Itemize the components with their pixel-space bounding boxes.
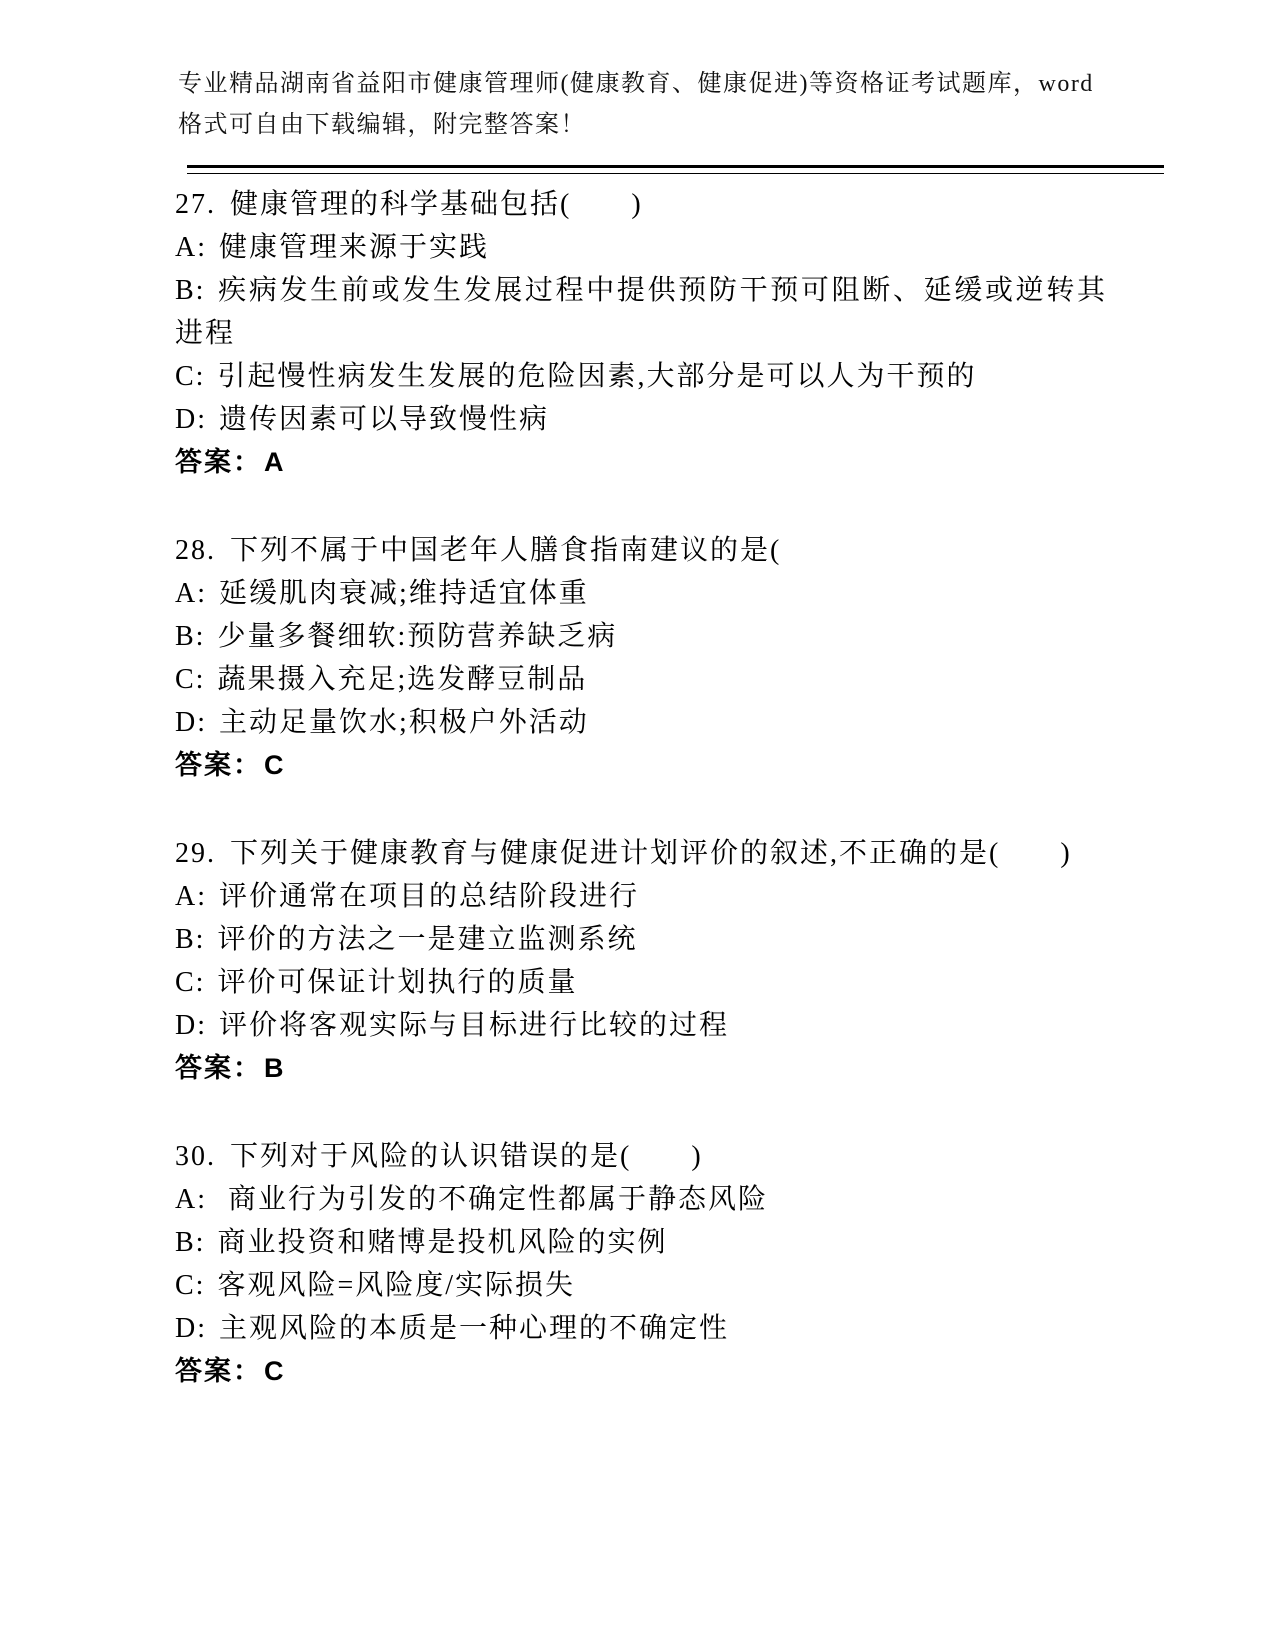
question-stem: 28.下列不属于中国老年人膳食指南建议的是( xyxy=(175,529,1107,572)
option-d: D:主观风险的本质是一种心理的不确定性 xyxy=(175,1307,1107,1350)
question-28: 28.下列不属于中国老年人膳食指南建议的是( A:延缓肌肉衰减;维持适宜体重 B… xyxy=(175,529,1107,787)
question-27: 27.健康管理的科学基础包括( ) A:健康管理来源于实践 B:疾病发生前或发生… xyxy=(175,183,1107,484)
option-label: D: xyxy=(175,1313,207,1344)
answer-line: 答案：C xyxy=(175,744,1107,787)
answer-label: 答案： xyxy=(175,1053,262,1083)
answer-label: 答案： xyxy=(175,1356,262,1386)
option-a: A: 商业行为引发的不确定性都属于静态风险 xyxy=(175,1178,1107,1221)
answer-line: 答案：C xyxy=(175,1350,1107,1393)
answer-value: C xyxy=(264,1356,286,1386)
question-number: 30. xyxy=(175,1141,216,1172)
question-stem-text: 下列关于健康教育与健康促进计划评价的叙述,不正确的是( ) xyxy=(230,838,1072,869)
question-number: 29. xyxy=(175,838,216,869)
option-a: A:健康管理来源于实践 xyxy=(175,226,1107,269)
option-label: D: xyxy=(175,1010,207,1041)
option-b: B:疾病发生前或发生发展过程中提供预防干预可阻断、延缓或逆转其进程 xyxy=(175,269,1107,355)
option-text: 主动足量饮水;积极户外活动 xyxy=(219,707,589,738)
option-text: 评价通常在项目的总结阶段进行 xyxy=(219,881,639,912)
option-label: B: xyxy=(175,924,205,955)
option-text: 评价可保证计划执行的质量 xyxy=(217,967,577,998)
option-label: B: xyxy=(175,275,205,306)
option-label: A: xyxy=(175,232,207,263)
option-b: B:评价的方法之一是建立监测系统 xyxy=(175,918,1107,961)
header-divider-rule xyxy=(187,165,1164,174)
option-a: A:延缓肌肉衰减;维持适宜体重 xyxy=(175,572,1107,615)
answer-line: 答案：A xyxy=(175,441,1107,484)
question-stem: 27.健康管理的科学基础包括( ) xyxy=(175,183,1107,226)
header-text-line1: 专业精品湖南省益阳市健康管理师(健康教育、健康促进)等资格证考试题库，word xyxy=(178,64,1113,105)
question-stem-text: 健康管理的科学基础包括( ) xyxy=(230,189,643,220)
option-text: 少量多餐细软:预防营养缺乏病 xyxy=(217,621,617,652)
header-text-line2: 格式可自由下载编辑，附完整答案！ xyxy=(178,105,1113,146)
question-list: 27.健康管理的科学基础包括( ) A:健康管理来源于实践 B:疾病发生前或发生… xyxy=(175,183,1107,1438)
option-c: C:客观风险=风险度/实际损失 xyxy=(175,1264,1107,1307)
question-30: 30.下列对于风险的认识错误的是( ) A: 商业行为引发的不确定性都属于静态风… xyxy=(175,1135,1107,1393)
option-c: C:蔬果摄入充足;选发酵豆制品 xyxy=(175,658,1107,701)
option-text: 延缓肌肉衰减;维持适宜体重 xyxy=(219,578,589,609)
option-label: C: xyxy=(175,664,205,695)
option-label: A: xyxy=(175,881,207,912)
option-text: 评价将客观实际与目标进行比较的过程 xyxy=(219,1010,729,1041)
option-text: 疾病发生前或发生发展过程中提供预防干预可阻断、延缓或逆转其进程 xyxy=(175,275,1107,349)
option-a: A:评价通常在项目的总结阶段进行 xyxy=(175,875,1107,918)
answer-label: 答案： xyxy=(175,447,262,477)
question-stem: 29.下列关于健康教育与健康促进计划评价的叙述,不正确的是( ) xyxy=(175,832,1107,875)
question-number: 28. xyxy=(175,535,216,566)
option-label: A: xyxy=(175,578,207,609)
option-d: D:遗传因素可以导致慢性病 xyxy=(175,398,1107,441)
question-stem: 30.下列对于风险的认识错误的是( ) xyxy=(175,1135,1107,1178)
option-label: A: xyxy=(175,1184,207,1215)
option-label: C: xyxy=(175,361,205,392)
answer-value: C xyxy=(264,750,286,780)
question-29: 29.下列关于健康教育与健康促进计划评价的叙述,不正确的是( ) A:评价通常在… xyxy=(175,832,1107,1090)
option-label: B: xyxy=(175,621,205,652)
option-text: 蔬果摄入充足;选发酵豆制品 xyxy=(217,664,587,695)
question-number: 27. xyxy=(175,189,216,220)
option-b: B:少量多餐细软:预防营养缺乏病 xyxy=(175,615,1107,658)
option-text: 遗传因素可以导致慢性病 xyxy=(219,404,549,435)
option-label: C: xyxy=(175,967,205,998)
option-label: D: xyxy=(175,404,207,435)
answer-label: 答案： xyxy=(175,750,262,780)
answer-value: B xyxy=(264,1053,286,1083)
option-text: 评价的方法之一是建立监测系统 xyxy=(217,924,637,955)
option-d: D:评价将客观实际与目标进行比较的过程 xyxy=(175,1004,1107,1047)
option-c: C:评价可保证计划执行的质量 xyxy=(175,961,1107,1004)
option-text: 引起慢性病发生发展的危险因素,大部分是可以人为干预的 xyxy=(217,361,976,392)
option-label: D: xyxy=(175,707,207,738)
option-text: 商业行为引发的不确定性都属于静态风险 xyxy=(219,1184,768,1215)
option-text: 客观风险=风险度/实际损失 xyxy=(217,1270,575,1301)
exam-document-page: 专业精品湖南省益阳市健康管理师(健康教育、健康促进)等资格证考试题库，word … xyxy=(0,0,1275,1650)
option-text: 健康管理来源于实践 xyxy=(219,232,489,263)
option-label: B: xyxy=(175,1227,205,1258)
answer-line: 答案：B xyxy=(175,1047,1107,1090)
page-header: 专业精品湖南省益阳市健康管理师(健康教育、健康促进)等资格证考试题库，word … xyxy=(178,64,1113,146)
option-label: C: xyxy=(175,1270,205,1301)
option-c: C:引起慢性病发生发展的危险因素,大部分是可以人为干预的 xyxy=(175,355,1107,398)
question-stem-text: 下列不属于中国老年人膳食指南建议的是( xyxy=(230,535,781,566)
answer-value: A xyxy=(264,447,286,477)
option-text: 主观风险的本质是一种心理的不确定性 xyxy=(219,1313,729,1344)
option-text: 商业投资和赌博是投机风险的实例 xyxy=(217,1227,667,1258)
option-d: D:主动足量饮水;积极户外活动 xyxy=(175,701,1107,744)
option-b: B:商业投资和赌博是投机风险的实例 xyxy=(175,1221,1107,1264)
question-stem-text: 下列对于风险的认识错误的是( ) xyxy=(230,1141,703,1172)
